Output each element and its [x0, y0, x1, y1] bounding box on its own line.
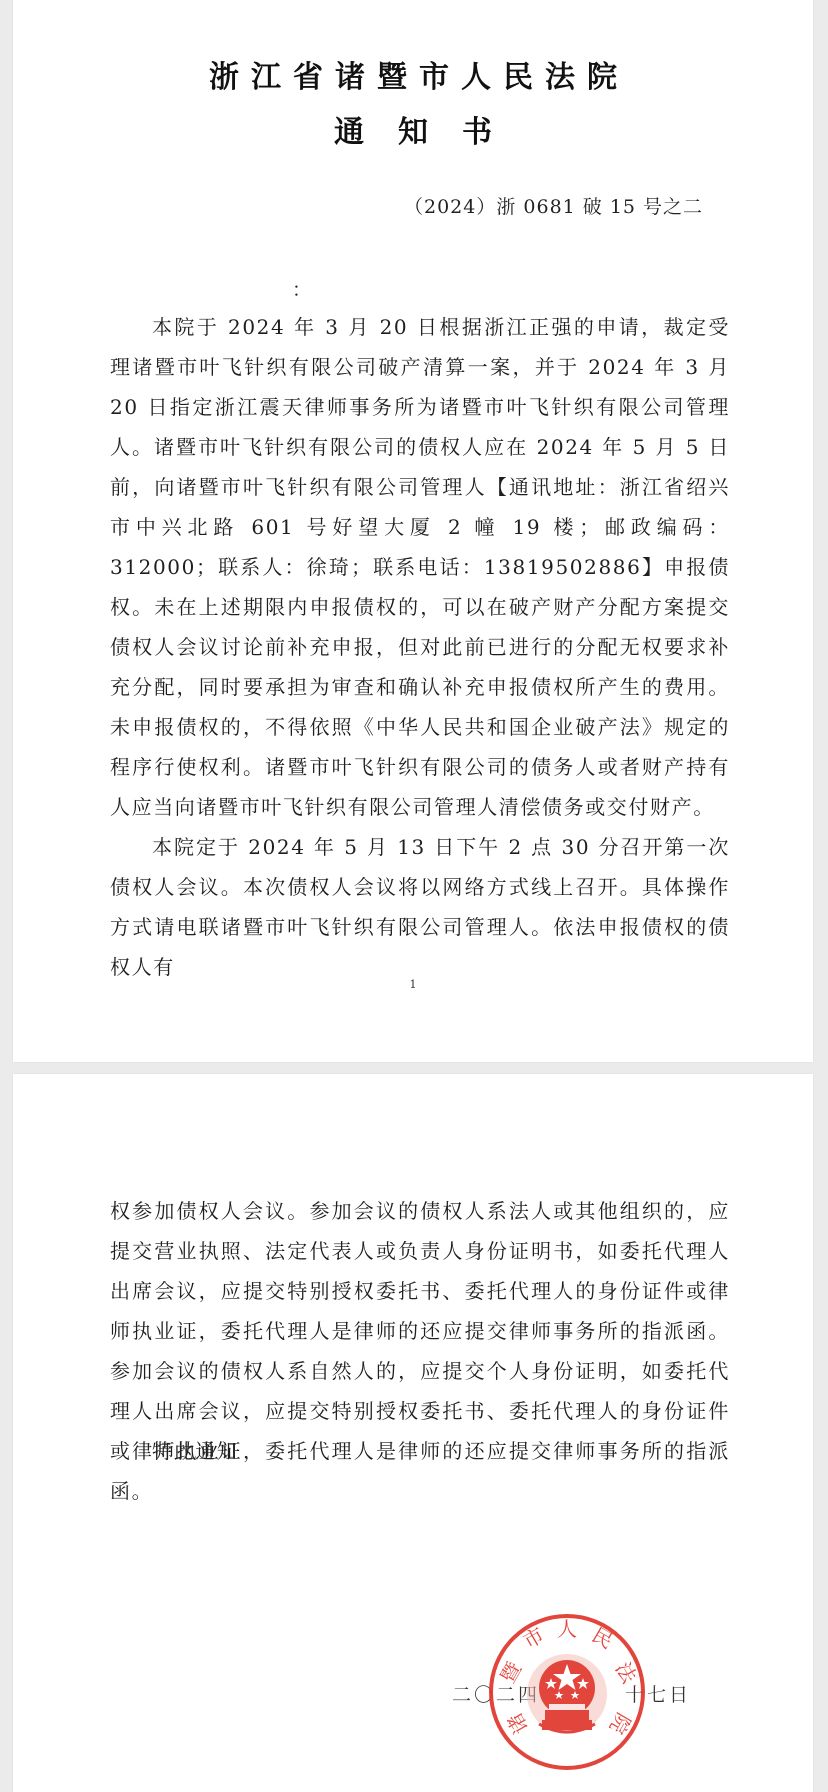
svg-text:人: 人: [557, 1617, 577, 1641]
page-number: 1: [13, 978, 813, 991]
closing-text: 特此通知: [110, 1431, 238, 1471]
svg-text:诸: 诸: [502, 1709, 533, 1738]
document-page-1: 浙江省诸暨市人民法院 通知书 （2024）浙 0681 破 15 号之二 ： 本…: [13, 0, 813, 1062]
svg-text:市: 市: [519, 1623, 548, 1654]
document-page-2: 权参加债权人会议。参加会议的债权人系法人或其他组织的，应提交营业执照、法定代表人…: [13, 1074, 813, 1792]
court-seal-icon: 暨 市 人 民 法 诸 院: [487, 1612, 647, 1772]
document-type-title: 通知书: [13, 113, 813, 153]
page1-body: 本院于 2024 年 3 月 20 日根据浙江正强的申请，裁定受理诸暨市叶飞针织…: [110, 307, 730, 987]
paragraph-creditor-meeting: 本院定于 2024 年 5 月 13 日下午 2 点 30 分召开第一次债权人会…: [110, 827, 730, 987]
svg-text:民: 民: [588, 1623, 617, 1654]
svg-text:暨: 暨: [496, 1658, 527, 1687]
paragraph-creditor-claims: 本院于 2024 年 3 月 20 日根据浙江正强的申请，裁定受理诸暨市叶飞针织…: [110, 307, 730, 827]
case-number: （2024）浙 0681 破 15 号之二: [404, 193, 703, 221]
court-name-title: 浙江省诸暨市人民法院: [13, 58, 813, 98]
addressee-colon: ：: [292, 276, 311, 304]
